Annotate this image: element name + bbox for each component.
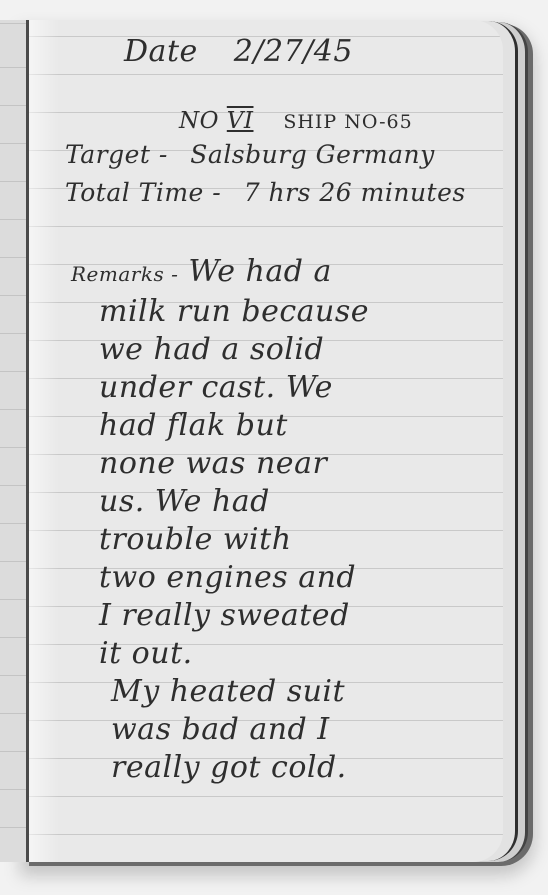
- remarks-label: Remarks -: [71, 262, 178, 286]
- remarks-line: us. We had: [99, 483, 369, 521]
- target-line: Target - Salsburg Germany: [65, 140, 435, 169]
- remarks-line: really got cold.: [111, 749, 369, 787]
- total-time-value: 7 hrs 26 minutes: [244, 178, 466, 207]
- remarks-block: Remarks -We had a milk run because we ha…: [71, 253, 369, 787]
- mission-label: NO: [179, 108, 219, 134]
- remarks-text: We had a: [188, 254, 332, 289]
- remarks-line: trouble with: [99, 521, 369, 559]
- remarks-line: Remarks -We had a: [71, 253, 369, 293]
- remarks-line: I really sweated: [99, 597, 369, 635]
- left-page-edge: [0, 20, 28, 862]
- mission-number: VI: [227, 108, 254, 134]
- mission-line: NO VI SHIP NO-65: [179, 108, 413, 134]
- remarks-line: under cast. We: [99, 369, 369, 407]
- remarks-line: had flak but: [99, 407, 369, 445]
- date-label: Date: [124, 34, 198, 69]
- target-value: Salsburg Germany: [190, 140, 434, 169]
- diary-page: Date 2/27/45 NO VI SHIP NO-65 Target - S…: [29, 20, 503, 862]
- date-line: Date 2/27/45: [124, 34, 353, 69]
- target-label: Target -: [65, 140, 168, 169]
- remarks-line: My heated suit: [111, 673, 369, 711]
- ship-number: SHIP NO-65: [283, 111, 412, 133]
- remarks-line: none was near: [99, 445, 369, 483]
- total-time-label: Total Time -: [65, 178, 221, 207]
- remarks-line: was bad and I: [111, 711, 369, 749]
- remarks-line: two engines and: [99, 559, 369, 597]
- total-time-line: Total Time - 7 hrs 26 minutes: [65, 178, 466, 207]
- date-value: 2/27/45: [234, 34, 353, 69]
- remarks-line: milk run because: [99, 293, 369, 331]
- remarks-line: it out.: [99, 635, 369, 673]
- remarks-line: we had a solid: [99, 331, 369, 369]
